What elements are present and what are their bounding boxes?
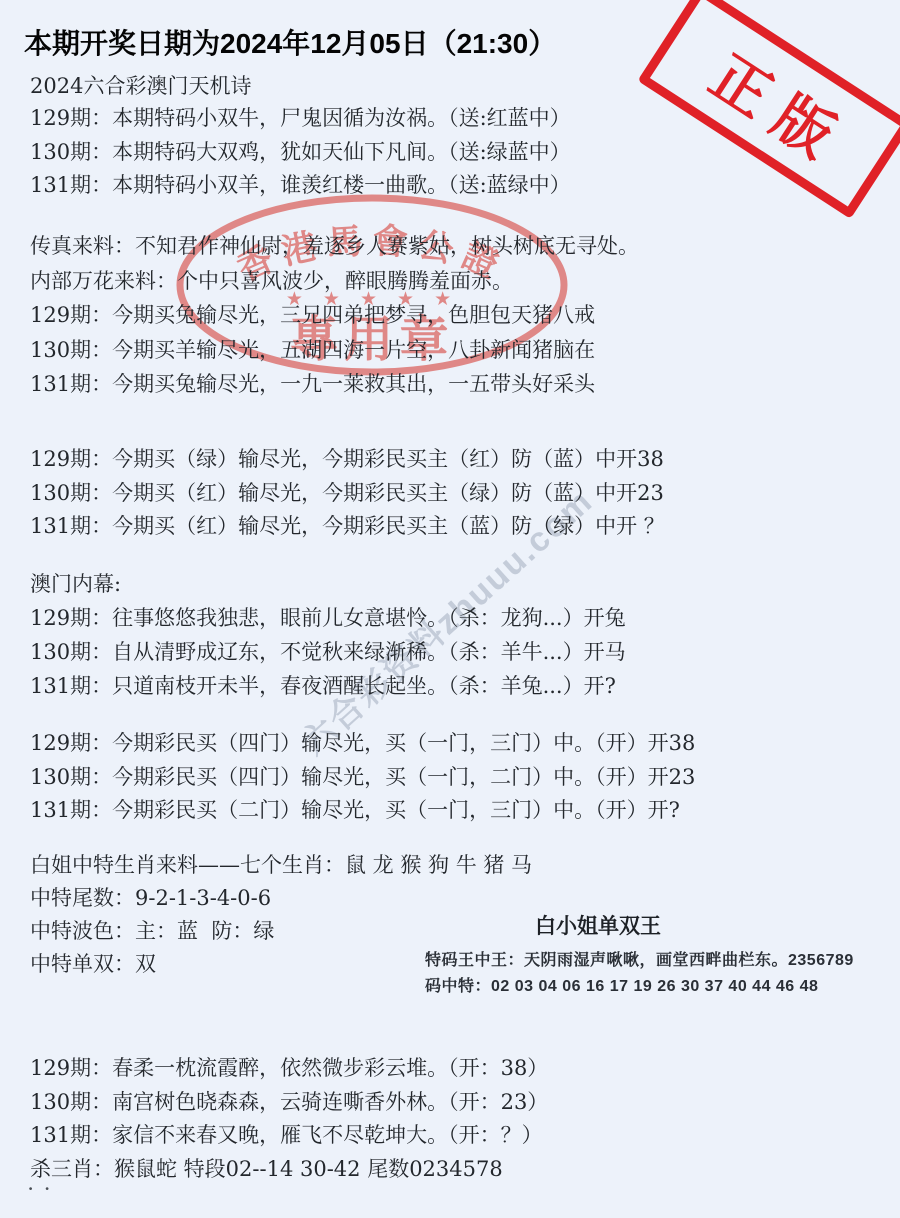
section-color-picks: 129期：今期买（绿）输尽光，今期彩民买主（红）防（蓝）中开38 130期：今期… — [30, 443, 665, 544]
kill-three-zodiac-line: 杀三肖：猴鼠蛇 特段02--14 30-42 尾数0234578 — [30, 1153, 548, 1187]
genuine-edition-stamp: 正 版 — [637, 0, 900, 219]
color-pick-line: 129期：今期买（绿）输尽光，今期彩民买主（红）防（蓝）中开38 — [30, 443, 665, 477]
gate-pick-line: 130期：今期彩民买（四门）输尽光，买（一门，二门）中。（开）开23 — [30, 761, 695, 795]
miss-bai-heading: 白小姐单双王 — [428, 910, 768, 940]
section-macau-insider: 澳门内幕: 129期：往事悠悠我独悲，眼前儿女意堪怜。（杀：龙狗...）开兔 1… — [30, 567, 626, 703]
section-heading: 澳门内幕: — [30, 567, 626, 601]
section-gate-picks: 129期：今期彩民买（四门）输尽光，买（一门，三门）中。（开）开38 130期：… — [30, 727, 695, 828]
color-pick-line: 131期：今期买（红）输尽光，今期彩民买主（蓝）防（绿）中开 ？ — [30, 510, 665, 544]
poem-line: 129期：本期特码小双牛，尸鬼因循为汝祸。（送:红蓝中） — [30, 102, 571, 136]
special-numbers-line: 码中特：02 03 04 06 16 17 19 26 30 37 40 44 … — [425, 973, 818, 996]
section-heading: 2024六合彩澳门天机诗 — [30, 70, 571, 102]
tip-line: 130期：今期买羊输尽光，五湖四海一片空，八卦新闻猪脑在 — [30, 333, 639, 368]
result-line: 130期：南宫树色晓森森，云骑连嘶香外林。（开：23） — [30, 1086, 548, 1120]
gate-pick-line: 131期：今期彩民买（二门）输尽光，买（一门，三门）中。（开）开? — [30, 794, 695, 828]
tip-line: 内部万花来料：个中只喜风波少，醉眼腾腾羞面赤。 — [30, 264, 639, 299]
insider-line: 130期：自从清野成辽东，不觉秋来绿渐稀。（杀：羊牛...）开马 — [30, 635, 626, 669]
color-pick-line: 130期：今期买（红）输尽光，今期彩民买主（绿）防（蓝）中开23 — [30, 477, 665, 511]
gate-pick-line: 129期：今期彩民买（四门）输尽光，买（一门，三门）中。（开）开38 — [30, 727, 695, 761]
tip-line: 传真来料：不知君作神仙尉，羞逐乡人赛紫姑，树头树底无寻处。 — [30, 229, 639, 264]
poem-line: 130期：本期特码大双鸡，犹如天仙下凡间。（送:绿蓝中） — [30, 136, 571, 170]
insider-line: 129期：往事悠悠我独悲，眼前儿女意堪怜。（杀：龙狗...）开兔 — [30, 601, 626, 635]
stray-dots: . . — [28, 1176, 53, 1194]
section-fax-tips: 传真来料：不知君作神仙尉，羞逐乡人赛紫姑，树头树底无寻处。 内部万花来料：个中只… — [30, 229, 639, 402]
poem-line: 131期：本期特码小双羊，谁羡红楼一曲歌。（送:蓝绿中） — [30, 169, 571, 203]
page-title: 本期开奖日期为2024年12月05日（21:30） — [24, 22, 556, 62]
section-result-poems: 129期：春柔一枕流霞醉，依然微步彩云堆。（开：38） 130期：南宫树色晓森森… — [30, 1052, 548, 1186]
result-line: 131期：家信不来春又晚，雁飞不尽乾坤大。（开：？） — [30, 1119, 548, 1153]
tip-line: 131期：今期买兔输尽光，一九一莱救其出，一五带头好采头 — [30, 367, 639, 402]
result-line: 129期：春柔一枕流霞醉，依然微步彩云堆。（开：38） — [30, 1052, 548, 1086]
tip-line: 129期：今期买兔输尽光，三兄四弟把梦寻，色胆包天猪八戒 — [30, 298, 639, 333]
zodiac-line: 白姐中特生肖来料——七个生肖：鼠 龙 猴 狗 牛 猪 马 — [30, 849, 532, 882]
insider-line: 131期：只道南枝开未半，春夜酒醒长起坐。（杀：羊兔...）开? — [30, 669, 626, 703]
king-of-kings-line: 特码王中王：天阴雨湿声啾啾，画堂西畔曲栏东。2356789 — [425, 947, 854, 970]
lottery-tip-sheet: 六合彩资料zhuuu.com 香港馬會公證 ★ ★ ★ ★ ★ 專用章 正 版 … — [0, 0, 900, 1218]
section-tianji-poem: 2024六合彩澳门天机诗 129期：本期特码小双牛，尸鬼因循为汝祸。（送:红蓝中… — [30, 70, 571, 203]
